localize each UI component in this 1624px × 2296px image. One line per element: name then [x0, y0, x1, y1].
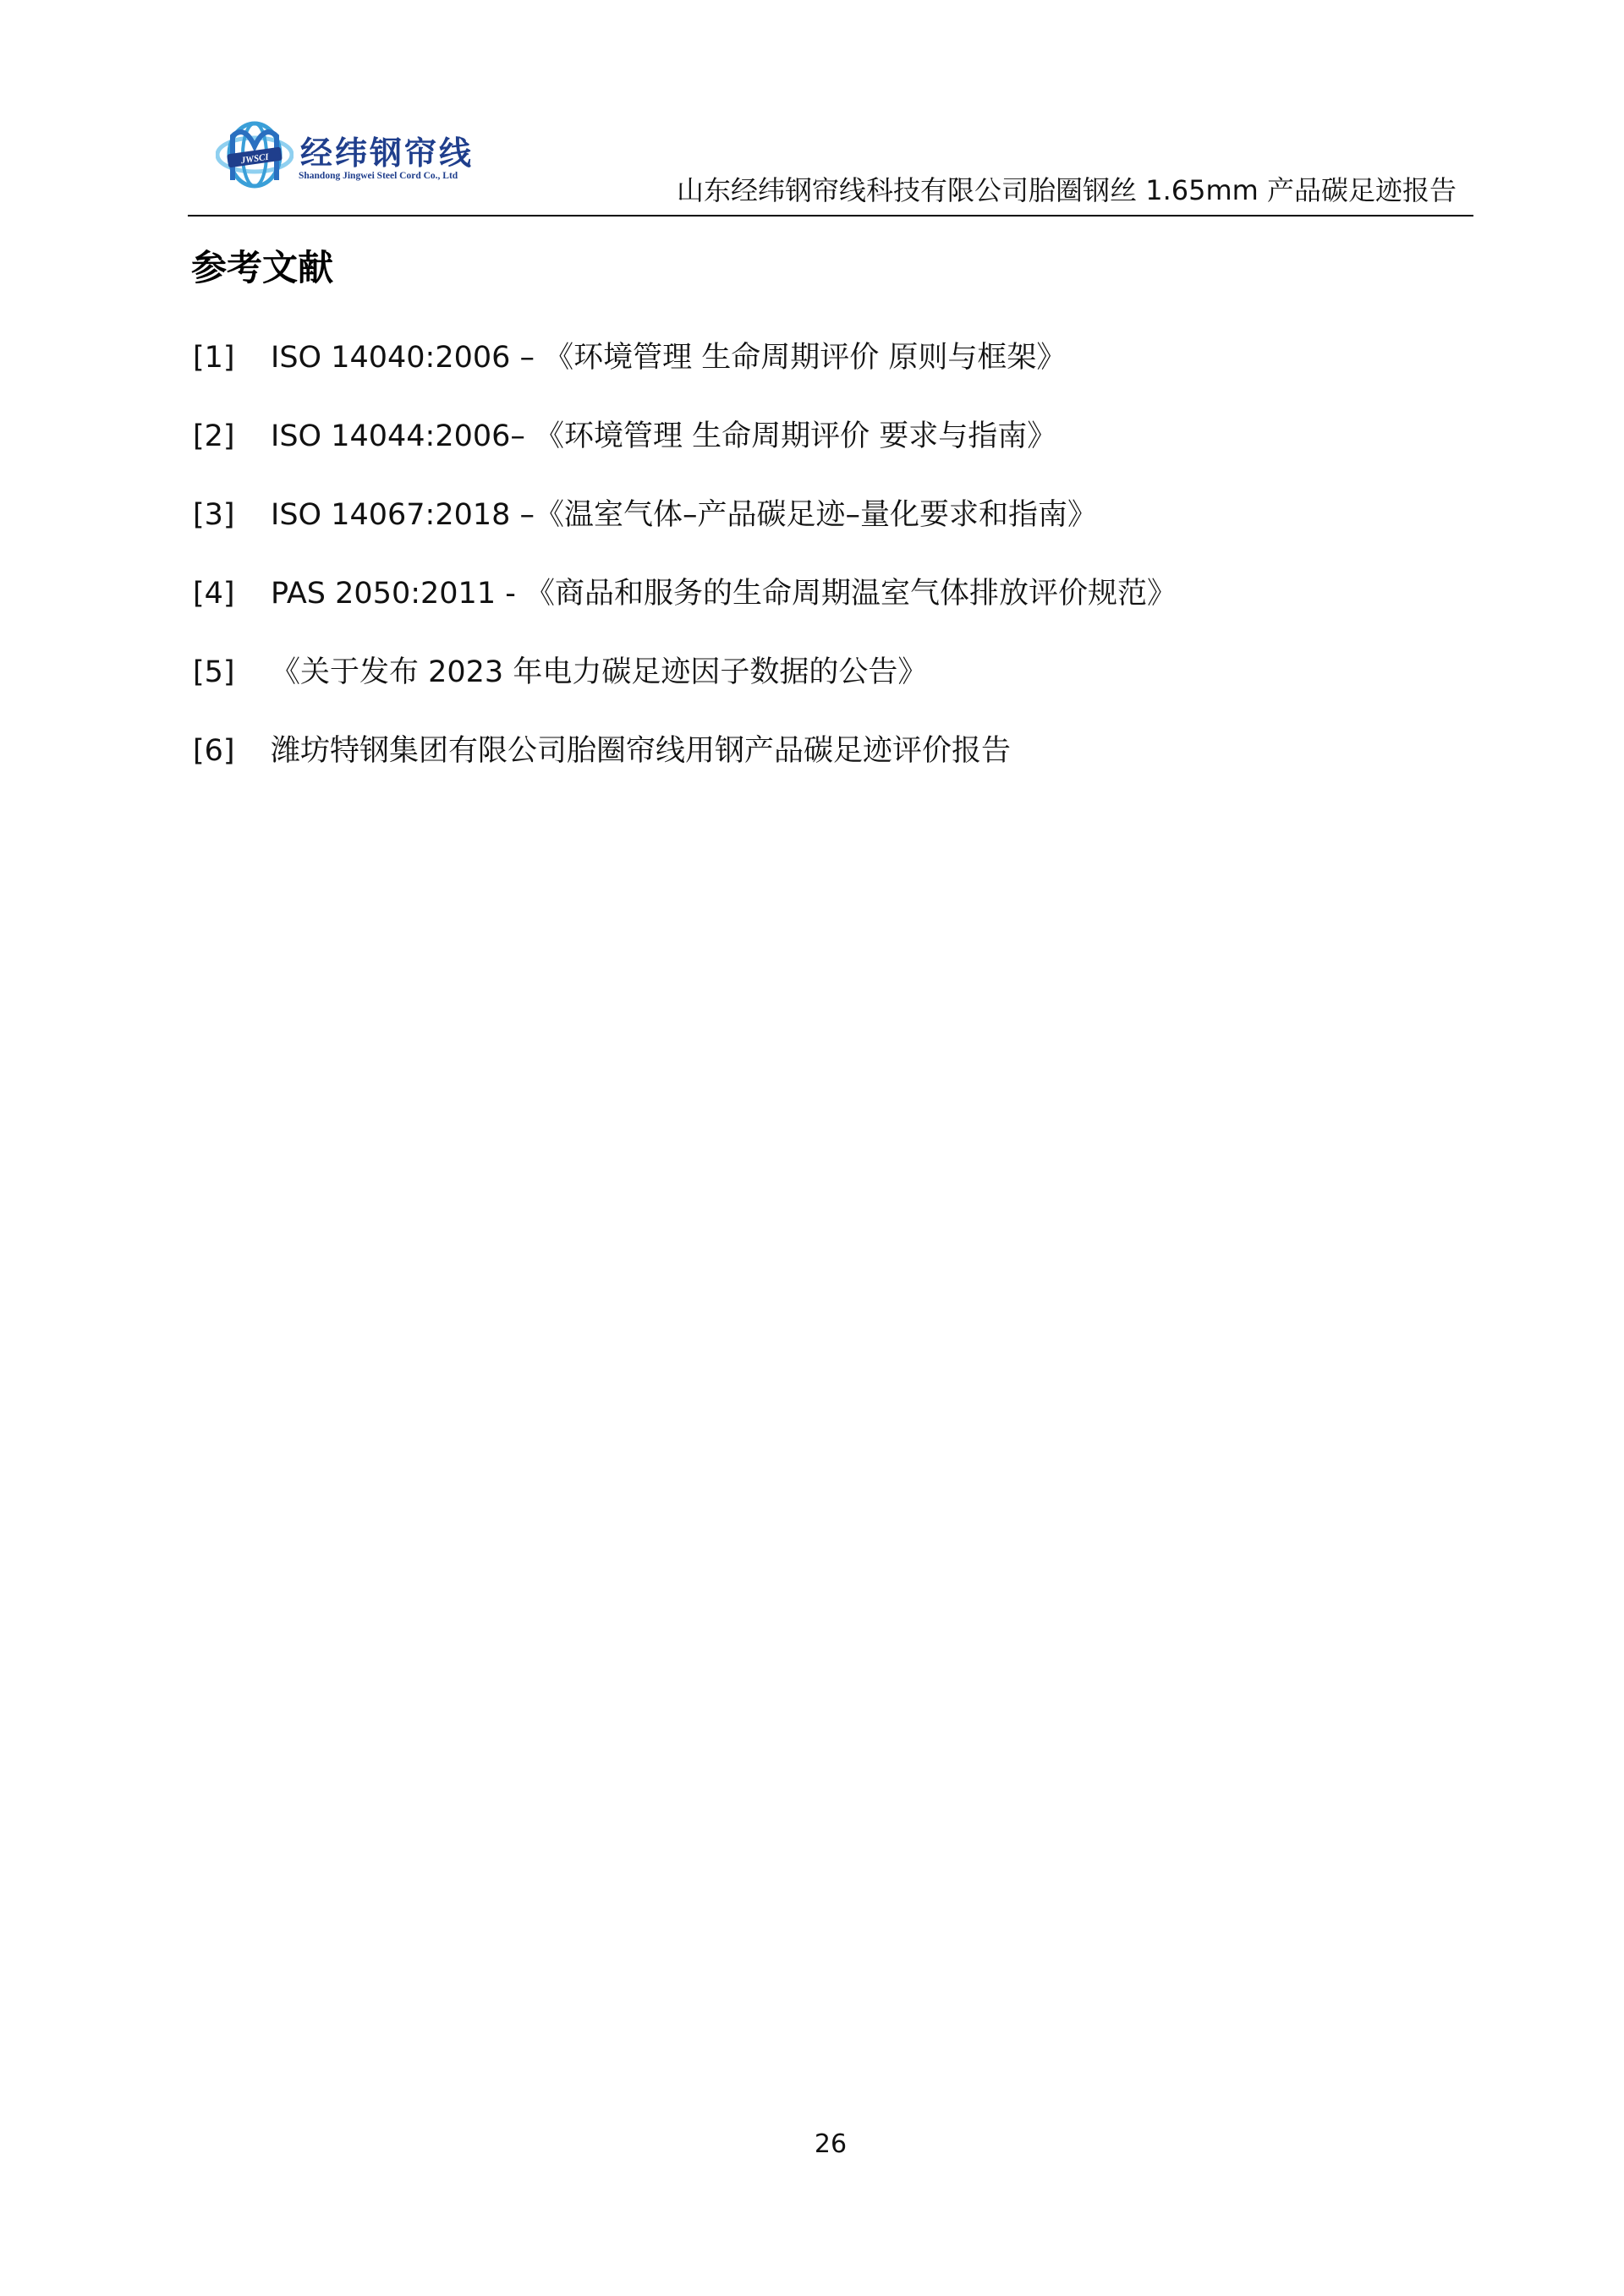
globe-logo-icon: JWSCI: [216, 121, 294, 189]
section-heading: 参考文献: [191, 240, 333, 291]
reference-text: 潍坊特钢集团有限公司胎圈帘线用钢产品碳足迹评价报告: [271, 728, 1011, 774]
reference-number: [5]: [193, 649, 271, 695]
company-logo: JWSCI 经纬钢帘线 Shandong Jingwei Steel Cord …: [216, 118, 469, 193]
reference-list: [1] ISO 14040:2006 – 《环境管理 生命周期评价 原则与框架》…: [193, 335, 1177, 807]
reference-item: [4] PAS 2050:2011 - 《商品和服务的生命周期温室气体排放评价规…: [193, 571, 1177, 649]
reference-number: [2]: [193, 414, 271, 459]
reference-number: [4]: [193, 571, 271, 616]
reference-text: PAS 2050:2011 - 《商品和服务的生命周期温室气体排放评价规范》: [271, 571, 1177, 616]
reference-item: [6] 潍坊特钢集团有限公司胎圈帘线用钢产品碳足迹评价报告: [193, 728, 1177, 807]
reference-text: ISO 14040:2006 – 《环境管理 生命周期评价 原则与框架》: [271, 335, 1066, 381]
reference-item: [2] ISO 14044:2006– 《环境管理 生命周期评价 要求与指南》: [193, 414, 1177, 492]
logo-name-en: Shandong Jingwei Steel Cord Co., Ltd: [299, 171, 458, 181]
document-page: JWSCI 经纬钢帘线 Shandong Jingwei Steel Cord …: [0, 0, 1624, 2296]
reference-number: [1]: [193, 335, 271, 381]
page-number: 26: [0, 2129, 1624, 2159]
reference-item: [3] ISO 14067:2018 –《温室气体–产品碳足迹–量化要求和指南》: [193, 492, 1177, 571]
reference-text: ISO 14044:2006– 《环境管理 生命周期评价 要求与指南》: [271, 414, 1056, 459]
report-header-title: 山东经纬钢帘线科技有限公司胎圈钢丝 1.65mm 产品碳足迹报告: [677, 169, 1457, 208]
reference-text: 《关于发布 2023 年电力碳足迹因子数据的公告》: [271, 649, 927, 695]
reference-item: [1] ISO 14040:2006 – 《环境管理 生命周期评价 原则与框架》: [193, 335, 1177, 414]
logo-name-cn: 经纬钢帘线: [300, 127, 474, 173]
reference-text: ISO 14067:2018 –《温室气体–产品碳足迹–量化要求和指南》: [271, 492, 1097, 538]
header-divider: [188, 215, 1473, 216]
reference-item: [5] 《关于发布 2023 年电力碳足迹因子数据的公告》: [193, 649, 1177, 728]
reference-number: [3]: [193, 492, 271, 538]
reference-number: [6]: [193, 728, 271, 774]
